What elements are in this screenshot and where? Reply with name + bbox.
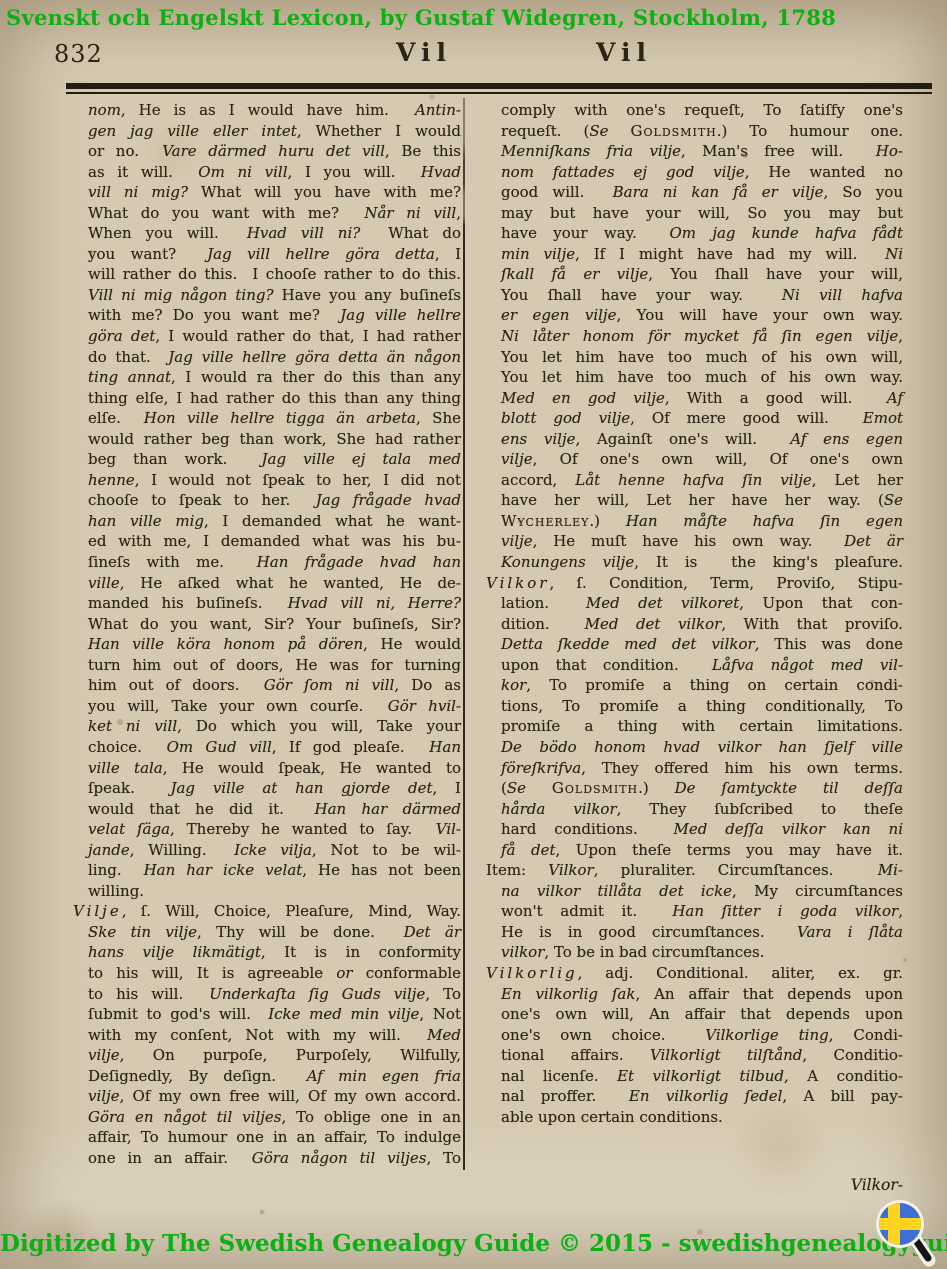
- text-line: vilje, On purpoſe, Purpoſely, Wilfully,: [73, 1045, 461, 1066]
- text-line: henne, I would not ſpeak to her, I did n…: [73, 470, 461, 491]
- text-line: able upon certain conditions.: [486, 1107, 903, 1128]
- text-line: ſineſs with me. Han frågade hvad han: [73, 552, 461, 573]
- text-line: as it will. Om ni vill, I you will. Hvad: [73, 162, 461, 183]
- text-line: upon that condition. Låfva något med vil…: [486, 655, 903, 676]
- text-line: affair, To humour one in an affair, To i…: [73, 1127, 461, 1148]
- text-line: What do you want, Sir? Your buſineſs, Si…: [73, 614, 461, 635]
- text-line: nom fattades ej god vilje, He wanted no: [486, 162, 903, 183]
- text-line: or no. Vare därmed huru det vill, Be thi…: [73, 141, 461, 162]
- text-line: blott god vilje, Of mere good will. Emot: [486, 408, 903, 429]
- text-line: få det, Upon theſe terms you may have it…: [486, 840, 903, 861]
- text-line: beg than work. Jag ville ej tala med: [73, 449, 461, 470]
- text-line: manded his buſineſs. Hvad vill ni, Herre…: [73, 593, 461, 614]
- text-line: promiſe a thing with certain limitations…: [486, 716, 903, 737]
- text-line: na vilkor tillåta det icke, My circumſta…: [486, 881, 903, 902]
- text-line: one's own choice. Vilkorlige ting, Condi…: [486, 1025, 903, 1046]
- text-line: good will. Bara ni kan få er vilje, So y…: [486, 182, 903, 203]
- text-line: ville tala, He would ſpeak, He wanted to: [73, 758, 461, 779]
- text-line: tional affairs. Vilkorligt tilſtånd, Con…: [486, 1045, 903, 1066]
- text-line: er egen vilje, You will have your own wa…: [486, 305, 903, 326]
- text-line: He is in good circumſtances. Vara i ſlåt…: [486, 922, 903, 943]
- text-line: Vilkor, ſ. Condition, Term, Proviſo, Sti…: [486, 573, 903, 594]
- text-line: ville, He aſked what he wanted, He de-: [73, 573, 461, 594]
- text-line: You let him have too much of his own wil…: [486, 347, 903, 368]
- double-rule: [66, 83, 932, 94]
- text-line: comply with one's requeſt, To ſatiſfy on…: [486, 100, 903, 121]
- text-line: min vilje, If I might have had my will. …: [486, 244, 903, 265]
- scan-credit-header: Svenskt och Engelskt Lexicon, by Gustaf …: [6, 5, 836, 30]
- text-line: will rather do this. I chooſe rather to …: [73, 264, 461, 285]
- page-number: 832: [54, 40, 103, 68]
- text-line: Ni låter honom för mycket få ſin egen vi…: [486, 326, 903, 347]
- text-line: ens vilje, Againſt one's will. Af ens eg…: [486, 429, 903, 450]
- text-line: one in an affair. Göra någon til viljes,…: [73, 1148, 461, 1169]
- text-line: ling. Han har icke velat, He has not bee…: [73, 860, 461, 881]
- text-line: turn him out of doors, He was for turnin…: [73, 655, 461, 676]
- text-line: You let him have too much of his own way…: [486, 367, 903, 388]
- text-line: velat ſäga, Thereby he wanted to ſay. Vi…: [73, 819, 461, 840]
- text-line: föreſkrifva, They offered him his own te…: [486, 758, 903, 779]
- text-line: willing.: [73, 881, 461, 902]
- text-line: elſe. Hon ville hellre tigga än arbeta, …: [73, 408, 461, 429]
- text-line: vill ni mig? What will you have with me?: [73, 182, 461, 203]
- text-line: you will, Take your own courſe. Gör hvil…: [73, 696, 461, 717]
- running-head-left: Vil: [396, 38, 452, 67]
- text-line: Menniſkans fria vilje, Man's free will. …: [486, 141, 903, 162]
- text-line: Vilkorlig, adj. Conditional. aliter, ex.…: [486, 963, 903, 984]
- text-line: would rather beg than work, She had rath…: [73, 429, 461, 450]
- text-line: Deſignedly, By deſign. Af min egen fria: [73, 1066, 461, 1087]
- text-line: göra det, I would rather do that, I had …: [73, 326, 461, 347]
- text-line: nal licenſe. Et vilkorligt tilbud, A con…: [486, 1066, 903, 1087]
- text-line: have her will, Let her have her way. (Se: [486, 490, 903, 511]
- text-line: Konungens vilje, It is the king's pleaſu…: [486, 552, 903, 573]
- column-divider-rule: [463, 98, 465, 1170]
- text-line: kor, To promiſe a thing on certain condi…: [486, 675, 903, 696]
- text-line: do that. Jag ville hellre göra detta än …: [73, 347, 461, 368]
- text-line: Med en god vilje, With a good will. Af: [486, 388, 903, 409]
- text-line: may but have your will, So you may but: [486, 203, 903, 224]
- text-line: vilje, Of my own free will, Of my own ac…: [73, 1086, 461, 1107]
- text-line: Vilje, ſ. Will, Choice, Pleaſure, Mind, …: [73, 901, 461, 922]
- text-line: Göra en något til viljes, To oblige one …: [73, 1107, 461, 1128]
- text-line: you want? Jag vill hellre göra detta, I: [73, 244, 461, 265]
- text-line: have your way. Om jag kunde hafva fådt: [486, 223, 903, 244]
- text-line: with me? Do you want me? Jag ville hellr…: [73, 305, 461, 326]
- text-line: Vill ni mig någon ting? Have you any buſ…: [73, 285, 461, 306]
- text-line: En vilkorlig ſak, An affair that depends…: [486, 984, 903, 1005]
- text-line: hans vilje likmätigt, It is in conformit…: [73, 942, 461, 963]
- text-line: thing elſe, I had rather do this than an…: [73, 388, 461, 409]
- text-line: hårda vilkor, They ſubſcribed to theſe: [486, 799, 903, 820]
- text-line: hard conditions. Med deſſa vilkor kan ni: [486, 819, 903, 840]
- text-line: Wycherley.) Han måſte hafva ſin egen: [486, 511, 903, 532]
- text-line: dition. Med det vilkor, With that proviſ…: [486, 614, 903, 635]
- text-line: When you will. Hvad vill ni? What do: [73, 223, 461, 244]
- text-line: ſkall få er vilje, You ſhall have your w…: [486, 264, 903, 285]
- text-line: ſpeak. Jag ville at han gjorde det, I: [73, 778, 461, 799]
- text-line: De bödo honom hvad vilkor han ſjelf vill…: [486, 737, 903, 758]
- text-line: Detta ſkedde med det vilkor, This was do…: [486, 634, 903, 655]
- text-line: won't admit it. Han ſitter i goda vilkor…: [486, 901, 903, 922]
- text-line: choice. Om Gud vill, If god pleaſe. Han: [73, 737, 461, 758]
- text-line: jande, Willing. Icke vilja, Not to be wi…: [73, 840, 461, 861]
- text-line: to his will. Underkaſta ſig Guds vilje, …: [73, 984, 461, 1005]
- right-column: comply with one's requeſt, To ſatiſfy on…: [486, 100, 903, 1127]
- text-line: gen jag ville eller intet, Whether I wou…: [73, 121, 461, 142]
- scan-credit-footer: Digitized by The Swedish Genealogy Guide…: [0, 1230, 947, 1257]
- catchword: Vilkor-: [851, 1176, 903, 1194]
- text-line: with my conſent, Not with my will. Med: [73, 1025, 461, 1046]
- text-line: ket ni vill, Do which you will, Take you…: [73, 716, 461, 737]
- text-line: vilkor, To be in bad circumſtances.: [486, 942, 903, 963]
- text-line: lation. Med det vilkoret, Upon that con-: [486, 593, 903, 614]
- swedish-flag-magnifier-icon: [873, 1197, 937, 1267]
- text-line: nal proffer. En vilkorlig ſedel, A bill …: [486, 1086, 903, 1107]
- text-line: to his will, It is agreeable or conforma…: [73, 963, 461, 984]
- text-line: Ske tin vilje, Thy will be done. Det är: [73, 922, 461, 943]
- text-line: What do you want with me? Når ni vill,: [73, 203, 461, 224]
- scanned-page: Svenskt och Engelskt Lexicon, by Gustaf …: [0, 0, 947, 1269]
- text-line: tions, To promiſe a thing conditionally,…: [486, 696, 903, 717]
- text-line: accord, Låt henne hafva ſin vilje, Let h…: [486, 470, 903, 491]
- text-line: would that he did it. Han har därmed: [73, 799, 461, 820]
- text-line: him out of doors. Gör ſom ni vill, Do as: [73, 675, 461, 696]
- text-line: vilje, He muſt have his own way. Det är: [486, 531, 903, 552]
- text-line: one's own will, An affair that depends u…: [486, 1004, 903, 1025]
- text-line: han ville mig, I demanded what he want-: [73, 511, 461, 532]
- text-line: (Se Goldsmith.) De ſamtyckte til deſſa: [486, 778, 903, 799]
- running-head-right: Vil: [596, 38, 652, 67]
- text-line: chooſe to ſpeak to her. Jag frågade hvad: [73, 490, 461, 511]
- text-line: ed with me, I demanded what was his bu-: [73, 531, 461, 552]
- text-line: You ſhall have your way. Ni vill hafva: [486, 285, 903, 306]
- text-line: vilje, Of one's own will, Of one's own: [486, 449, 903, 470]
- text-line: ſubmit to god's will. Icke med min vilje…: [73, 1004, 461, 1025]
- text-line: nom, He is as I would have him. Antin-: [73, 100, 461, 121]
- text-line: ting annat, I would ra ther do this than…: [73, 367, 461, 388]
- text-line: Han ville köra honom på dören, He would: [73, 634, 461, 655]
- text-line: Item: Vilkor, pluraliter. Circumſtances.…: [486, 860, 903, 881]
- left-column: nom, He is as I would have him. Antin-ge…: [73, 100, 461, 1168]
- text-line: requeſt. (Se Goldsmith.) To humour one.: [486, 121, 903, 142]
